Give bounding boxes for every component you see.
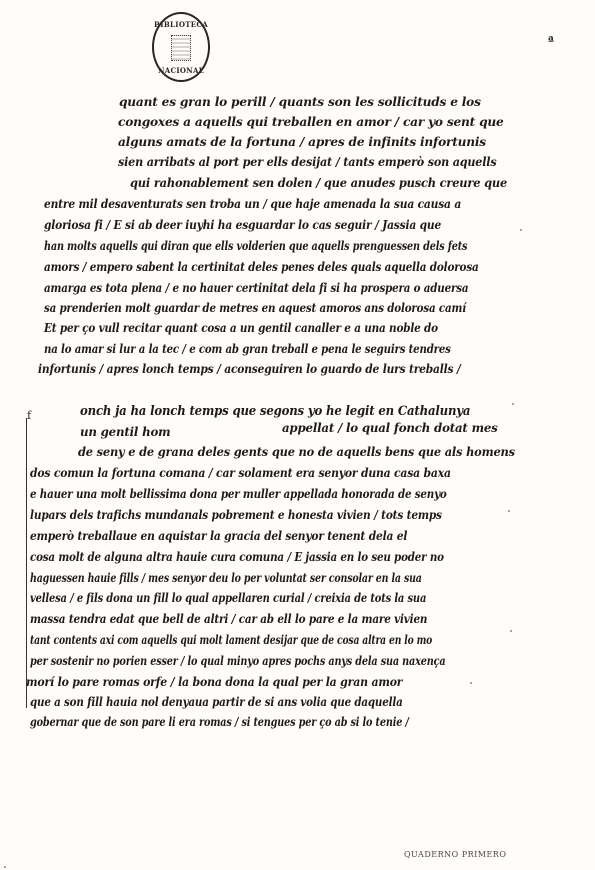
text-line: gloriosa fi / E si ab deer iuyhi ha esgu… [44,217,441,232]
library-stamp: BIBLIOTECA NACIONAL [152,12,210,82]
text-line: dos comun la fortuna comana / car solame… [30,465,451,480]
crest-icon [171,35,191,61]
text-line: un gentil hom [80,424,170,439]
text-line: amors / empero sabent la certinitat dele… [44,259,479,274]
text-line: lupars dels trafichs mundanals pobrement… [30,507,442,522]
scan-speck [470,682,472,684]
scan-speck [510,630,512,632]
text-line: sien arribats al port per ells desijat /… [118,154,496,169]
text-line: infortunis / apres lonch temps / aconseg… [38,361,461,376]
footer-note: QUADERNO PRIMERO [404,850,506,859]
scan-speck [4,866,6,868]
text-line: cosa molt de alguna altra hauie cura com… [30,549,444,564]
text-line: massa tendra edat que bell de altri / ca… [30,611,427,626]
text-line: entre mil desaventurats sen troba un / q… [44,196,461,211]
text-line: Et per ço vull recitar quant cosa a un g… [44,320,438,335]
text-line: onch ja ha lonch temps que segons yo he … [80,404,470,419]
text-line: sa prenderien molt guardar de metres en … [44,300,466,315]
stamp-bottom-text: NACIONAL [158,66,204,75]
text-line: tant contents axi com aquells qui molt l… [30,632,432,647]
text-line: e hauer una molt bellissima dona per mul… [30,486,447,501]
scan-speck [508,510,510,512]
text-line: amarga es tota plena / e no hauer certin… [44,280,468,295]
text-line: qui rahonablement sen dolen / que anudes… [130,175,507,190]
margin-mark: f [27,409,31,422]
text-line: gobernar que de son pare li era romas / … [30,714,409,729]
text-line: vellesa / e fils dona un fill lo qual ap… [30,590,426,605]
text-line: appellat / lo qual fonch dotat mes [282,420,498,435]
text-line: haguessen hauie fills / mes senyor deu l… [30,570,422,585]
stamp-top-text: BIBLIOTECA [154,20,208,29]
text-line: han molts aquells qui diran que ells vol… [44,238,467,253]
scan-speck [512,403,514,405]
text-line: na lo amar si lur a la tec / e com ab gr… [44,341,451,356]
text-line: de seny e de grana deles gents que no de… [78,444,515,459]
text-line: per sostenir no porien esser / lo qual m… [30,653,445,668]
manuscript-page: BIBLIOTECA NACIONAL ª quant es gran lo p… [0,0,595,870]
margin-rule [26,418,27,708]
text-line: emperò treballaue en aquistar la gracia … [30,528,407,543]
text-line: que a son fill hauia nol denyaua partir … [30,694,403,709]
text-line: congoxes a aquells qui treballen en amor… [118,114,504,129]
text-line: alguns amats de la fortuna / apres de in… [118,134,486,149]
scan-speck [520,229,522,231]
text-line: quant es gran lo perill / quants son les… [119,94,481,109]
text-line: morí lo pare romas orfe / la bona dona l… [26,674,402,689]
corner-mark: ª [548,34,554,48]
